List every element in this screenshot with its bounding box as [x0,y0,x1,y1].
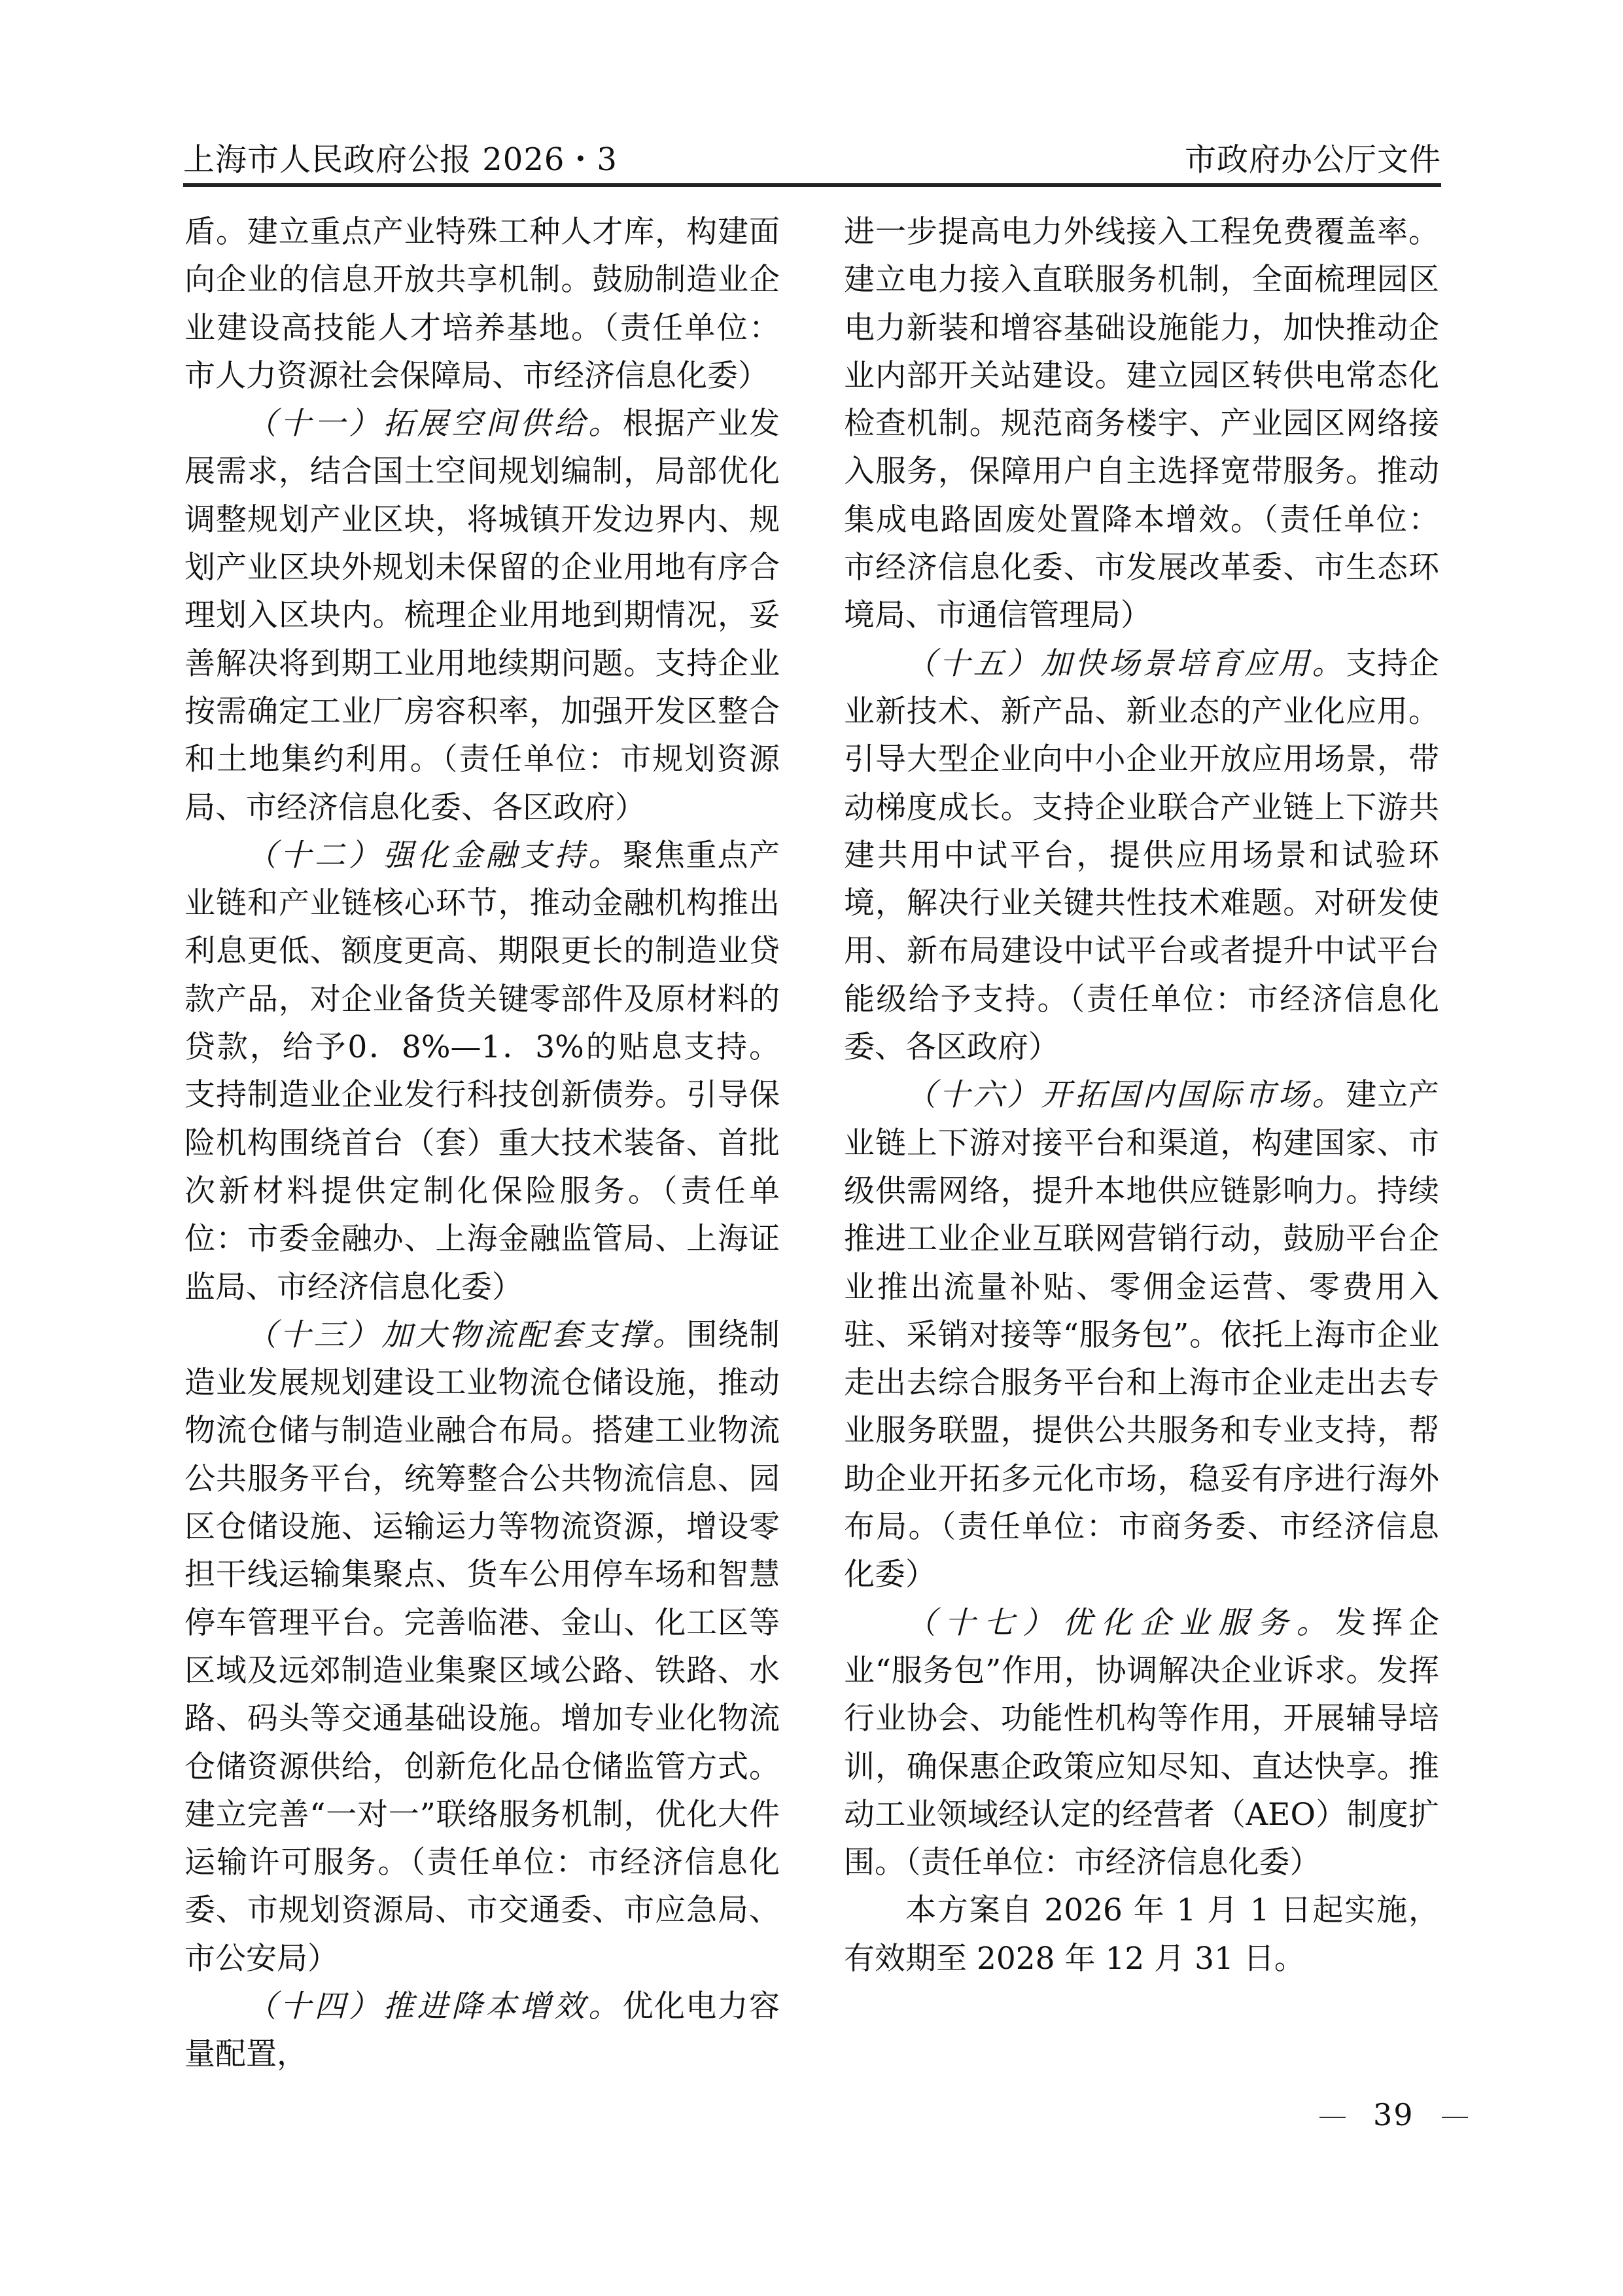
section-heading: （十七）优化企业服务。 [905,1605,1335,1641]
header-divider [183,183,1441,187]
section-heading: （十三）加大物流配套支撑。 [246,1317,686,1353]
dash-right [1442,2117,1468,2118]
right-column: 进一步提高电力外线接入工程免费覆盖率。建立电力接入直联服务机制，全面梳理园区电力… [844,208,1439,1983]
section-body: 根据产业发展需求，结合国土空间规划编制，局部优化调整规划产业区块，将城镇开发边界… [184,406,780,825]
section-heading: （十五）加快场景培育应用。 [905,646,1346,682]
section-heading: （十二）强化金融支持。 [246,838,623,874]
section-11: （十一）拓展空间供给。根据产业发展需求，结合国土空间规划编制，局部优化调整规划产… [184,400,780,832]
paragraph-continuation: 盾。建立重点产业特殊工种人才库，构建面向企业的信息开放共享机制。鼓励制造业企业建… [184,208,780,400]
section-body: 支持企业新技术、新产品、新业态的产业化应用。引导大型企业向中小企业开放应用场景，… [844,646,1439,1065]
paragraph-continuation: 进一步提高电力外线接入工程免费覆盖率。建立电力接入直联服务机制，全面梳理园区电力… [844,208,1439,640]
section-13: （十三）加大物流配套支撑。围绕制造业发展规划建设工业物流仓储设施，推动物流仓储与… [184,1311,780,1983]
dash-left [1319,2117,1346,2118]
section-heading: （十六）开拓国内国际市场。 [905,1077,1346,1113]
section-14: （十四）推进降本增效。优化电力容量配置， [184,1983,780,2079]
journal-title: 上海市人民政府公报 2026・3 [183,134,618,179]
section-heading: （十四）推进降本增效。 [246,1988,623,2024]
closing-statement: 本方案自 2026 年 1 月 1 日起实施，有效期至 2028 年 12 月 … [844,1886,1439,1983]
section-17: （十七）优化企业服务。发挥企业“服务包”作用，协调解决企业诉求。发挥行业协会、功… [844,1599,1439,1887]
section-body: 建立产业链上下游对接平台和渠道，构建国家、市级供需网络，提升本地供应链影响力。持… [844,1077,1439,1593]
section-body: 围绕制造业发展规划建设工业物流仓储设施，推动物流仓储与制造业融合布局。搭建工业物… [184,1317,780,1977]
section-title: 市政府办公厅文件 [1185,134,1441,179]
page-number: 39 [1373,2097,1414,2132]
section-16: （十六）开拓国内国际市场。建立产业链上下游对接平台和渠道，构建国家、市级供需网络… [844,1071,1439,1598]
section-body: 聚焦重点产业链和产业链核心环节，推动金融机构推出利息更低、额度更高、期限更长的制… [184,838,780,1305]
left-column: 盾。建立重点产业特殊工种人才库，构建面向企业的信息开放共享机制。鼓励制造业企业建… [184,208,780,2079]
section-15: （十五）加快场景培育应用。支持企业新技术、新产品、新业态的产业化应用。引导大型企… [844,640,1439,1072]
running-header: 上海市人民政府公报 2026・3 市政府办公厅文件 [183,134,1441,180]
section-12: （十二）强化金融支持。聚焦重点产业链和产业链核心环节，推动金融机构推出利息更低、… [184,832,780,1311]
section-body: 发挥企业“服务包”作用，协调解决企业诉求。发挥行业协会、功能性机构等作用，开展辅… [844,1605,1439,1881]
page-footer: 39 [1292,2097,1495,2132]
section-heading: （十一）拓展空间供给。 [246,406,623,442]
